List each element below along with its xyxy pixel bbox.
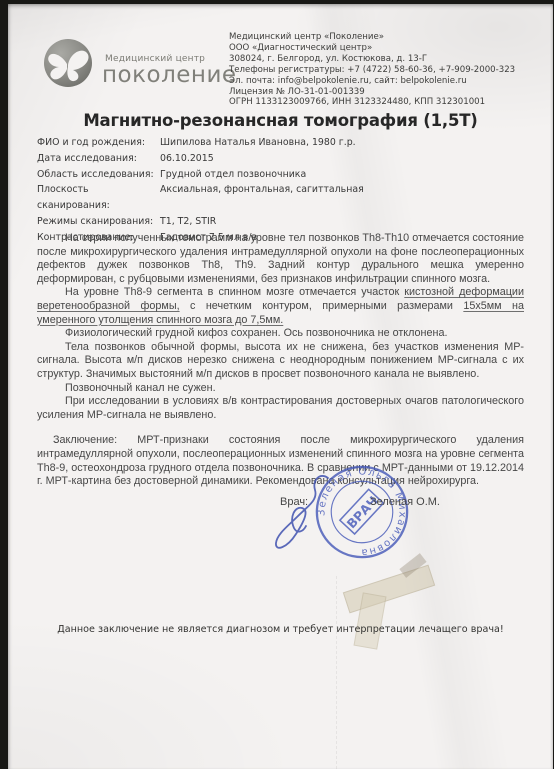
paragraph-findings-4: Тела позвонков обычной формы, высота их … [37, 341, 524, 382]
clinic-email-line: Эл. почта: info@belpokolenie.ru, сайт: b… [229, 76, 549, 87]
doctor-name: Зеленая О.М. [370, 496, 440, 508]
field-row-planes: Плоскость сканирования: Аксиальная, фрон… [37, 182, 527, 214]
paragraph-text: с нечетким контуром, примерными размерам… [180, 300, 464, 312]
paper-fold-line [336, 576, 337, 769]
field-value: Т1, Т2, STIR [160, 214, 527, 230]
report-title: Магнитно-резонансная томография (1,5Т) [8, 111, 553, 130]
paragraph-findings-3: Физиологический грудной кифоз сохранен. … [37, 327, 524, 341]
pokolenie-butterfly-logo-icon [42, 37, 94, 89]
paragraph-findings-5: Позвоночный канал не сужен. [37, 382, 524, 396]
clinic-ogrn-line: ОГРН 1133123009766, ИНН 3123324480, КПП … [229, 97, 549, 108]
paper-sheet: Медицинский центр поколение Медицинский … [8, 4, 553, 769]
field-label: Область исследования: [37, 167, 160, 183]
field-row-modes: Режимы сканирования: Т1, Т2, STIR [37, 214, 527, 230]
field-row-region: Область исследования: Грудной отдел позв… [37, 167, 527, 183]
clinic-phones-line: Телефоны регистратуры: +7 (4722) 58-60-3… [229, 65, 549, 76]
field-row-date: Дата исследования: 06.10.2015 [37, 151, 527, 167]
field-row-patient: ФИО и год рождения: Шипилова Наталья Ива… [37, 135, 527, 151]
clinic-address-line: 308024, г. Белгород, ул. Костюкова, д. 1… [229, 54, 549, 65]
paragraph-findings-6: При исследовании в условиях в/в контраст… [37, 395, 524, 422]
study-fields: ФИО и год рождения: Шипилова Наталья Ива… [37, 135, 527, 246]
clinic-license-line: Лицензия № ЛО-31-01-001339 [229, 87, 549, 98]
field-value: Грудной отдел позвоночника [160, 167, 527, 183]
tape-artifact [343, 565, 435, 614]
paragraph-text: На уровне Th8-9 сегмента в спинном мозге… [65, 286, 404, 298]
field-label: Плоскость сканирования: [37, 182, 160, 214]
clinic-company-line: ООО «Диагностический центр» [229, 43, 549, 54]
footer-disclaimer: Данное заключение не является диагнозом … [8, 624, 553, 635]
clinic-contact-block: Медицинский центр «Поколение» ООО «Диагн… [229, 32, 549, 108]
field-value: 06.10.2015 [160, 151, 527, 167]
doctor-round-stamp: Зеленая Ольга Михайловна ВРАЧ [307, 457, 417, 567]
field-value: Шипилова Наталья Ивановна, 1980 г.р. [160, 135, 527, 151]
paragraph-findings-1: На серии полученных томограмм на уровне … [37, 232, 524, 286]
report-body: На серии полученных томограмм на уровне … [37, 232, 524, 489]
clinic-name-line: Медицинский центр «Поколение» [229, 32, 549, 43]
field-label: Дата исследования: [37, 151, 160, 167]
paragraph-findings-2: На уровне Th8-9 сегмента в спинном мозге… [37, 286, 524, 327]
scanned-mri-report: Медицинский центр поколение Медицинский … [0, 0, 554, 769]
field-value: Аксиальная, фронтальная, сагиттальная [160, 182, 527, 214]
logo-brand: поколение [102, 62, 237, 88]
field-label: ФИО и год рождения: [37, 135, 160, 151]
field-label: Режимы сканирования: [37, 214, 160, 230]
